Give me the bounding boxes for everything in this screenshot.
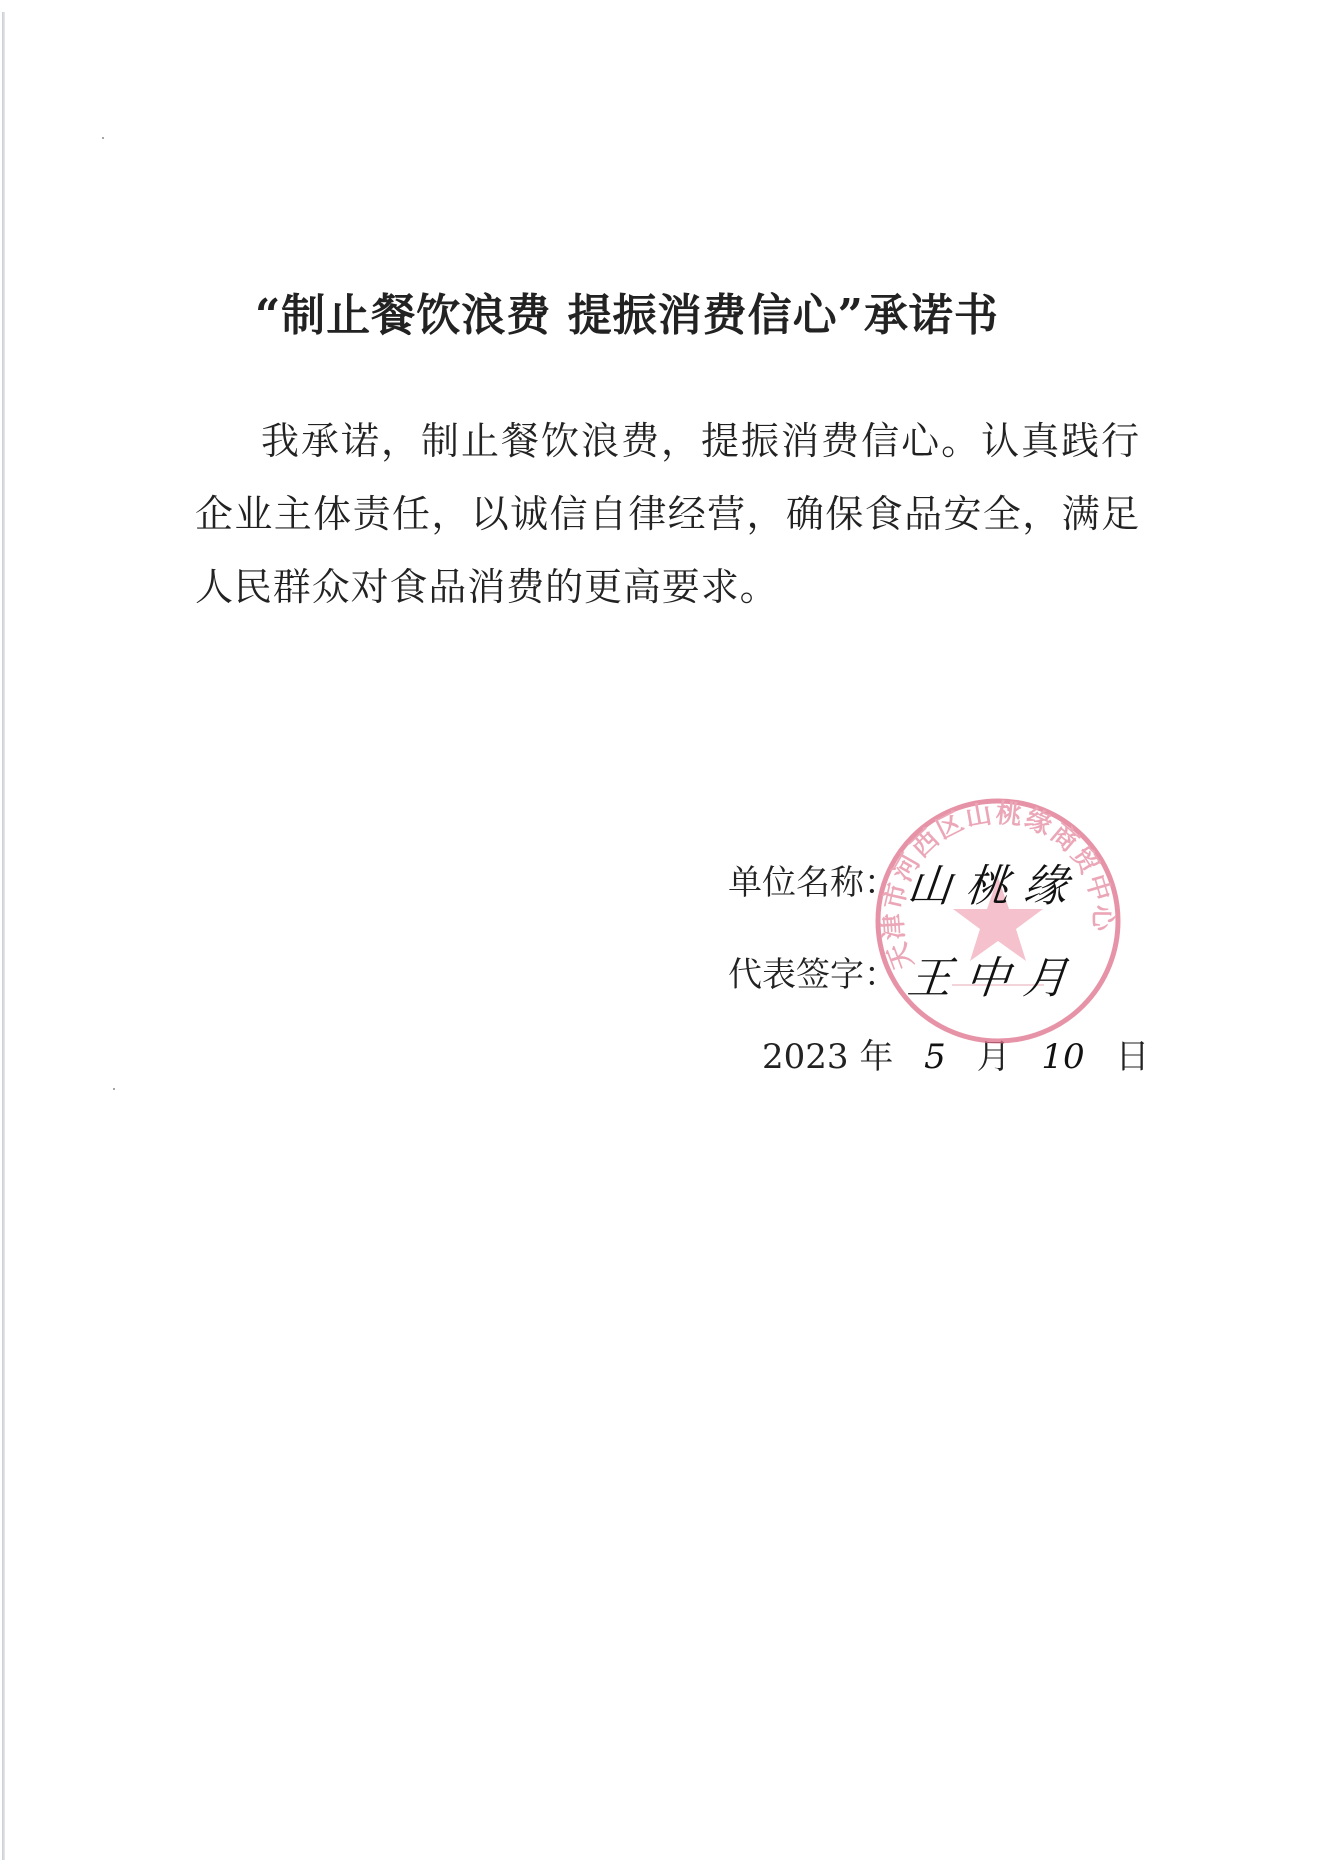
representative-signature: 王中月 (905, 942, 1086, 1006)
document-title: “制止餐饮浪费 提振消费信心”承诺书 (255, 286, 1095, 346)
scan-edge-line (2, 12, 5, 1860)
scan-speck (102, 137, 104, 139)
unit-name-handwritten: 山桃缘 (905, 850, 1086, 914)
scan-speck (113, 1088, 115, 1090)
official-seal-stamp: 天津市河西区山桃缘商贸中心 (872, 795, 1124, 1047)
date-year: 2023 (762, 1032, 849, 1082)
pledge-body: 我承诺，制止餐饮浪费，提振消费信心。认真践行企业主体责任，以诚信自律经营，确保食… (195, 405, 1140, 624)
